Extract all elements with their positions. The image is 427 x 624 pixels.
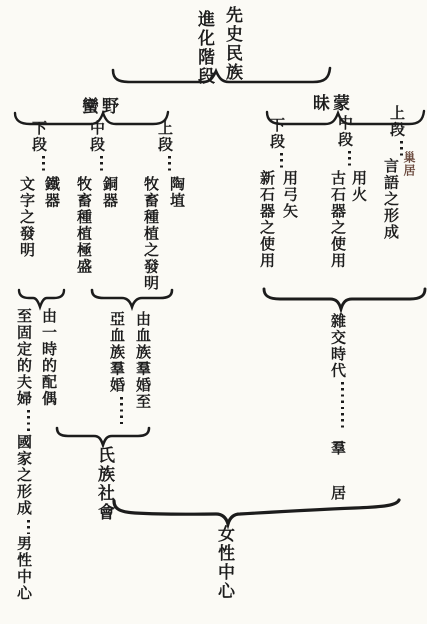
page-title-col-left: 進化階段 <box>195 10 212 86</box>
stage-desc-savagery-middle: 古石器之使用 <box>330 170 345 269</box>
stage-header-label: 中段 <box>88 120 106 153</box>
promiscuity-part2: 羣 <box>329 440 347 457</box>
stage-item-savagery-upper: 巢居 <box>403 151 415 177</box>
dotted-leader <box>168 156 171 171</box>
brace-clan-society <box>57 428 149 445</box>
dotted-leader <box>348 151 351 166</box>
pair-bond-left-part2: 國家之形成 <box>15 434 33 517</box>
brace-group-marriage <box>92 290 172 307</box>
dotted-leader <box>27 520 30 534</box>
dotted-leader <box>280 153 283 168</box>
stage-desc-savagery-upper: 言語之形成 <box>383 158 398 241</box>
pair-bond-left-part3: 男性中心 <box>15 536 33 602</box>
dotted-leader <box>42 156 45 171</box>
stage-desc-savagery-lower: 新石器之使用 <box>259 170 274 269</box>
dotted-leader <box>27 410 30 432</box>
stage-header-label: 下段 <box>268 117 286 150</box>
stage-header-barbarism-lower: 下段 <box>31 120 46 173</box>
dotted-leader <box>100 156 103 171</box>
text-pair-bond-right: 由一時的配偶 <box>41 308 56 407</box>
stage-desc-barbarism-upper: 牧畜種植之發明 <box>143 176 158 292</box>
stage-desc-barbarism-lower: 文字之發明 <box>19 176 34 259</box>
brace-pair-bond <box>19 290 64 307</box>
stage-item-savagery-middle: 用火 <box>351 170 366 203</box>
label-barbarism: 蠻野 <box>82 92 122 117</box>
stage-item-barbarism-middle: 銅器 <box>102 176 117 209</box>
group-marriage-left-label: 亞血族羣婚 <box>108 311 126 394</box>
stage-item-barbarism-lower: 鐵器 <box>44 176 59 209</box>
text-clan-society: 氏族社會 <box>95 446 112 522</box>
stage-header-label: 上段 <box>156 120 174 153</box>
pair-bond-left-part1: 至固定的夫婦 <box>15 308 33 407</box>
label-savagery: 昧蒙 <box>313 89 353 114</box>
brace-promiscuity <box>264 289 425 309</box>
page-title-col-right: 先史民族 <box>223 6 240 82</box>
stage-header-savagery-lower: 下段 <box>269 117 284 170</box>
text-group-marriage-right: 由血族羣婚至 <box>135 311 150 410</box>
stage-header-barbarism-upper: 上段 <box>157 120 172 173</box>
promiscuity-part3: 居 <box>329 485 347 502</box>
dotted-leader <box>341 382 344 430</box>
stage-header-savagery-middle: 中段 <box>337 115 352 168</box>
stage-header-label: 中段 <box>336 115 354 148</box>
promiscuity-era-label: 雜交時代 <box>329 313 347 379</box>
diagram-page: 先史民族 進化階段 蠻野 昧蒙 下段 鐵器 文字之發明 中段 銅器 牧畜種植極盛… <box>0 0 427 624</box>
text-promiscuity: 雜交時代羣居 <box>330 313 345 501</box>
text-pair-bond-left: 至固定的夫婦國家之形成男性中心 <box>16 308 31 602</box>
stage-header-label: 上段 <box>388 105 406 138</box>
text-group-marriage-left: 亞血族羣婚 <box>109 311 124 429</box>
stage-desc-barbarism-middle: 牧畜種植極盛 <box>76 176 91 275</box>
text-matriarchy: 女性中心 <box>215 525 232 601</box>
stage-item-barbarism-upper: 陶埴 <box>169 176 184 209</box>
stage-item-savagery-lower: 用弓矢 <box>282 170 297 220</box>
stage-header-barbarism-middle: 中段 <box>89 120 104 173</box>
stage-header-label: 下段 <box>30 120 48 153</box>
brace-matriarchy <box>114 500 399 524</box>
dotted-leader <box>120 397 123 427</box>
